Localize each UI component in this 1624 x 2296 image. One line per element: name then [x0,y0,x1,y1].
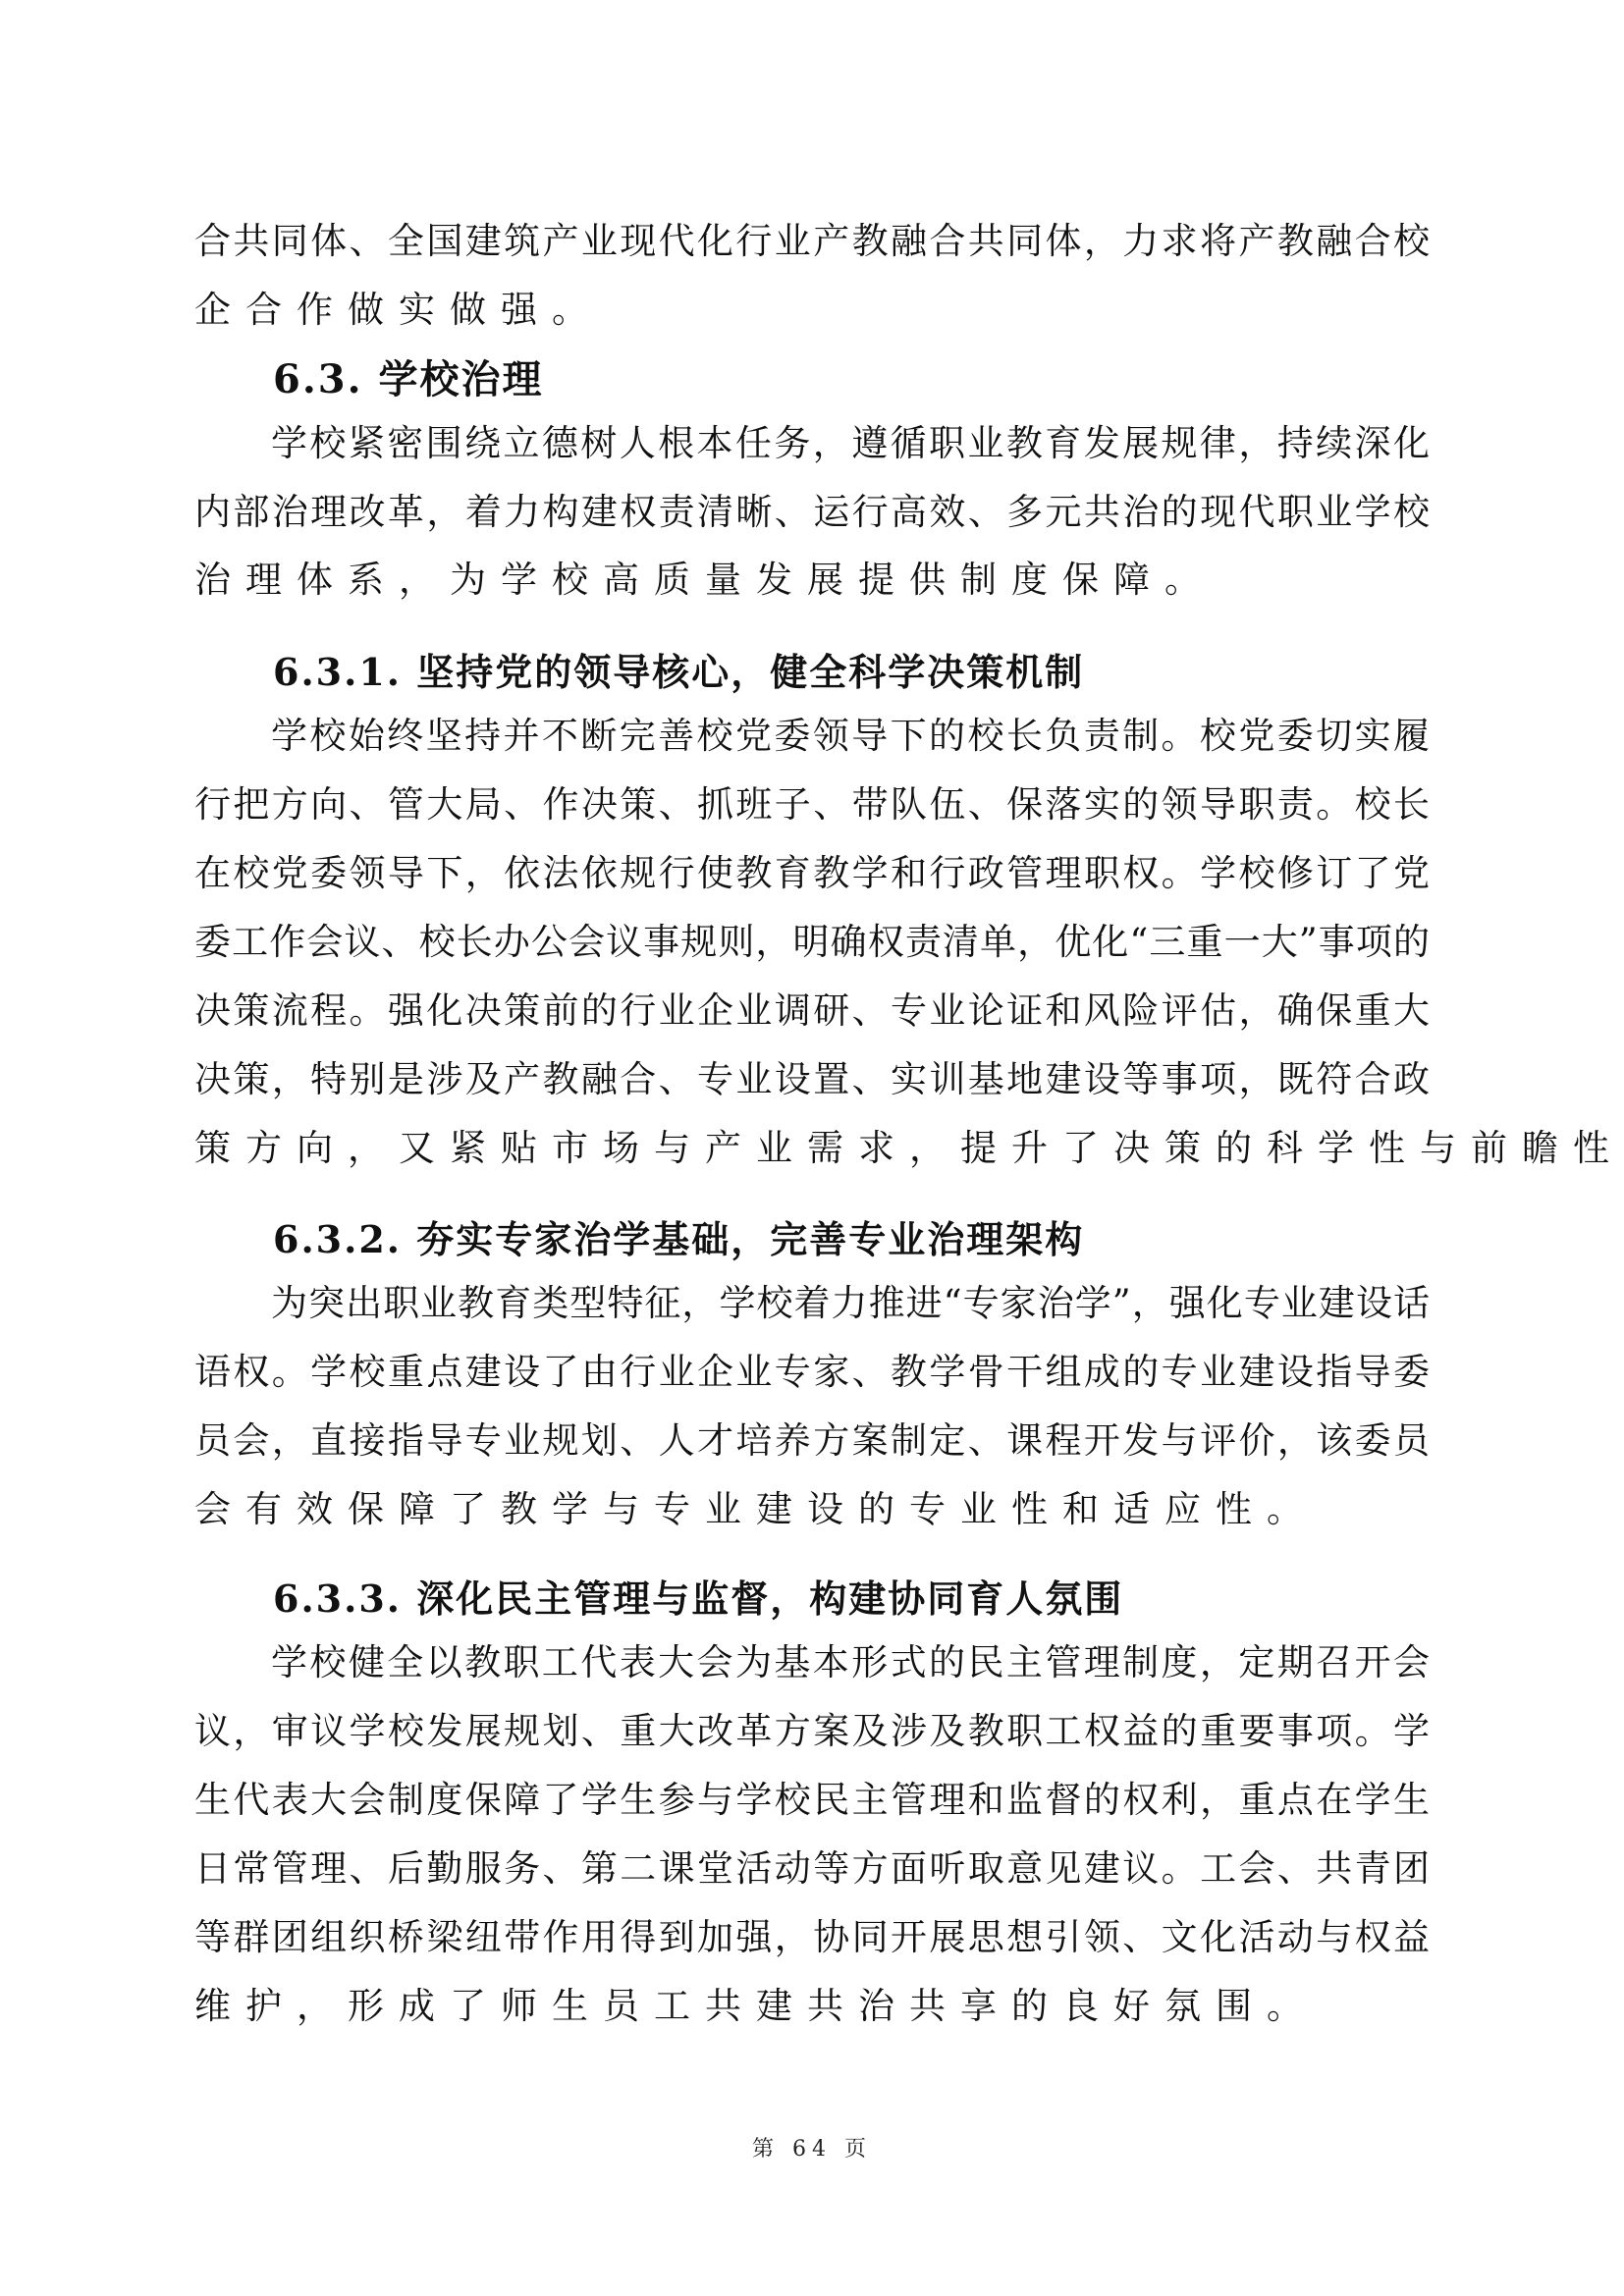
body-text-line: 在校党委领导下，依法依规行使教育教学和行政管理职权。学校修订了党 [194,852,1430,895]
body-text-line: 会有效保障了教学与专业建设的专业性和适应性。 [194,1488,1430,1531]
body-text-line: 学校始终坚持并不断完善校党委领导下的校长负责制。校党委切实履 [271,715,1430,758]
body-text-line: 维护，形成了师生员工共建共治共享的良好氛围。 [194,1985,1430,2028]
body-text-line: 合共同体、全国建筑产业现代化行业产教融合共同体，力求将产教融合校 [194,220,1430,263]
body-text-line: 为突出职业教育类型特征，学校着力推进“专家治学”，强化专业建设话 [271,1282,1430,1325]
body-text-line: 内部治理改革，着力构建权责清晰、运行高效、多元共治的现代职业学校 [194,491,1430,534]
body-text-line: 企合作做实做强。 [194,289,1430,332]
document-page: 合共同体、全国建筑产业现代化行业产教融合共同体，力求将产教融合校 企合作做实做强… [0,0,1624,2296]
body-text-line: 治理体系，为学校高质量发展提供制度保障。 [194,559,1430,602]
body-text-line: 学校健全以教职工代表大会为基本形式的民主管理制度，定期召开会 [271,1641,1430,1684]
section-heading-6-3-3: 6.3.3. 深化民主管理与监督，构建协同育人氛围 [273,1575,1123,1624]
body-text-line: 委工作会议、校长办公会议事规则，明确权责清单，优化“三重一大”事项的 [194,921,1430,964]
page-number: 第 64 页 [0,2132,1624,2163]
body-text-line: 行把方向、管大局、作决策、抓班子、带队伍、保落实的领导职责。校长 [194,783,1430,827]
body-text-line: 日常管理、后勤服务、第二课堂活动等方面听取意见建议。工会、共青团 [194,1847,1430,1891]
body-text-line: 生代表大会制度保障了学生参与学校民主管理和监督的权利，重点在学生 [194,1779,1430,1822]
body-text-line: 决策，特别是涉及产教融合、专业设置、实训基地建设等事项，既符合政 [194,1058,1430,1101]
section-heading-6-3-2: 6.3.2. 夯实专家治学基础，完善专业治理架构 [273,1215,1084,1264]
body-text-line: 语权。学校重点建设了由行业企业专家、教学骨干组成的专业建设指导委 [194,1351,1430,1394]
body-text-line: 决策流程。强化决策前的行业企业调研、专业论证和风险评估，确保重大 [194,989,1430,1033]
body-text-line: 策方向，又紧贴市场与产业需求，提升了决策的科学性与前瞻性。 [194,1127,1430,1170]
body-text-line: 员会，直接指导专业规划、人才培养方案制定、课程开发与评价，该委员 [194,1419,1430,1463]
body-text-line: 学校紧密围绕立德树人根本任务，遵循职业教育发展规律，持续深化 [271,422,1430,465]
body-text-line: 议，审议学校发展规划、重大改革方案及涉及教职工权益的重要事项。学 [194,1710,1430,1753]
body-text-line: 等群团组织桥梁纽带作用得到加强，协同开展思想引领、文化活动与权益 [194,1916,1430,1959]
section-heading-6-3: 6.3. 学校治理 [273,355,543,404]
section-heading-6-3-1: 6.3.1. 坚持党的领导核心，健全科学决策机制 [273,648,1084,697]
